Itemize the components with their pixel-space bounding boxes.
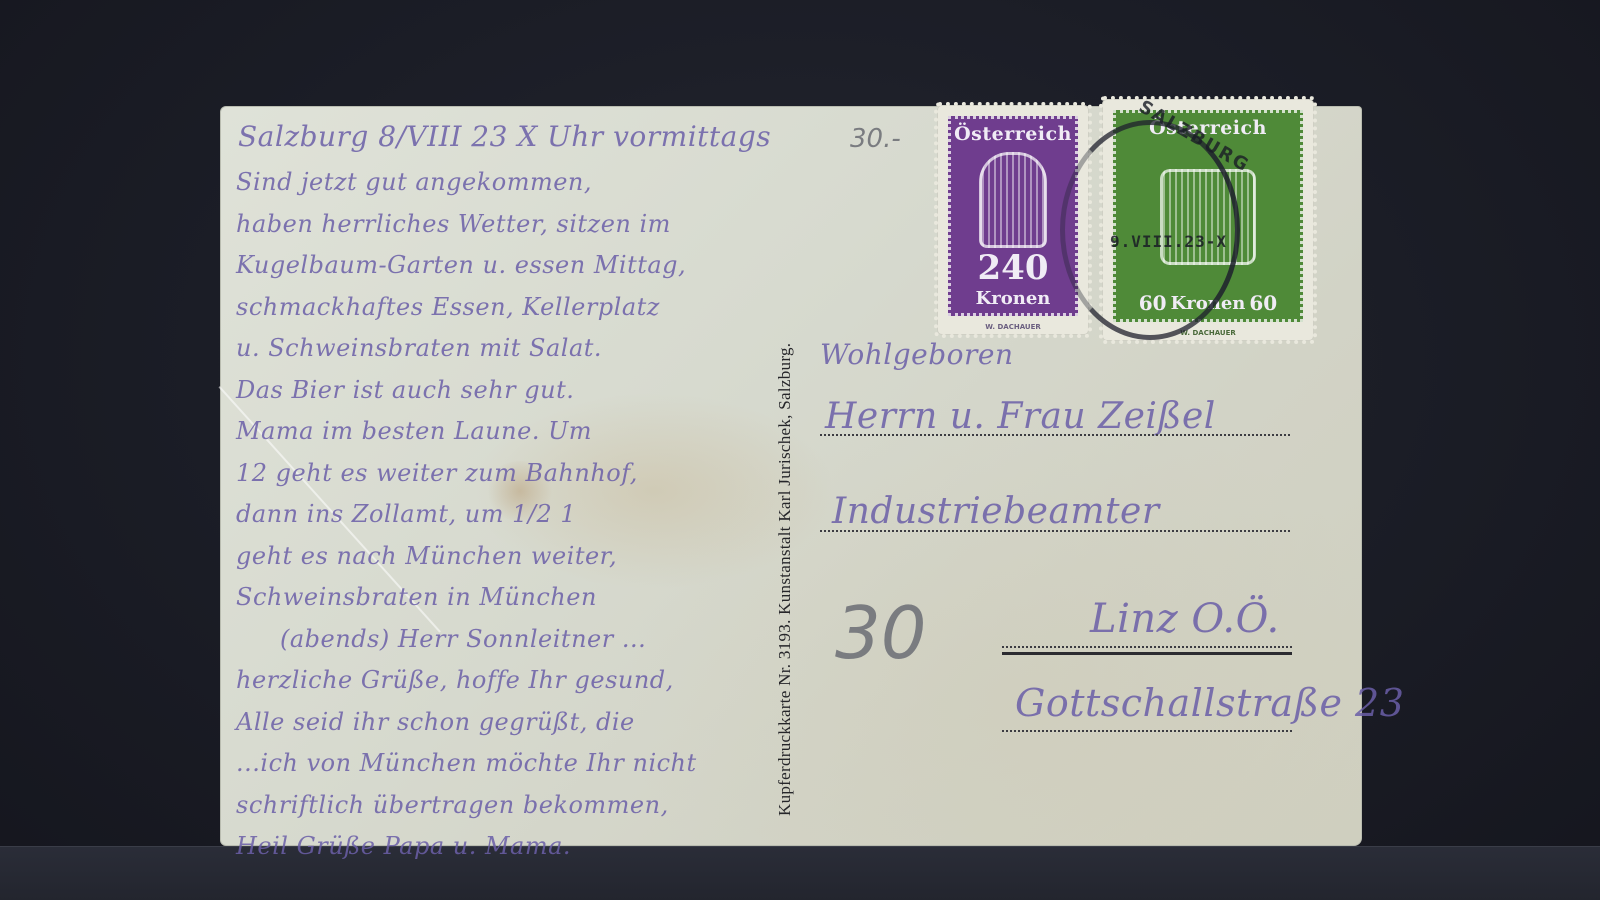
message-line: geht es nach München weiter, [236, 542, 617, 570]
stamp-currency: Kronen [976, 288, 1051, 309]
message-line: (abends) Herr Sonnleitner ... [280, 625, 646, 653]
message-line: Kugelbaum-Garten u. essen Mittag, [236, 251, 686, 279]
address-rule-1 [820, 434, 1290, 436]
address-rule-2 [820, 530, 1290, 532]
message-dateline: Salzburg 8/VIII 23 X Uhr vormittags [238, 120, 771, 153]
message-line: 12 geht es weiter zum Bahnhof, [236, 459, 638, 487]
stamp-value: 240 [978, 251, 1049, 285]
city-underline [1002, 652, 1292, 655]
message-line: Sind jetzt gut angekommen, [236, 168, 592, 196]
message-line: Heil Grüße Papa u. Mama. [236, 832, 571, 860]
printer-imprint: Kupferdruckkarte Nr. 3193. Kunstanstalt … [775, 343, 795, 816]
address-rule-3 [1002, 646, 1292, 648]
address-city: Linz O.Ö. [1090, 596, 1280, 642]
stamp-designer: W. DACHAUER [938, 323, 1088, 331]
address-street: Gottschallstraße 23 [1015, 681, 1404, 725]
message-line: Alle seid ihr schon gegrüßt, die [236, 708, 635, 736]
message-line: Schweinsbraten in München [236, 583, 597, 611]
address-rule-4 [1002, 730, 1292, 732]
message-line: Mama im besten Laune. Um [236, 417, 592, 445]
message-line: schmackhaftes Essen, Kellerplatz [236, 293, 660, 321]
address-line-2: Industriebeamter [832, 491, 1160, 532]
message-line: schriftlich übertragen bekommen, [236, 791, 669, 819]
message-line: Das Bier ist auch sehr gut. [236, 376, 574, 404]
message-line: u. Schweinsbraten mit Salat. [236, 334, 602, 362]
message-line: dann ins Zollamt, um 1/2 1 [236, 500, 576, 528]
pencil-note-large: 30 [835, 591, 927, 675]
stamp-value-right: 60 [1249, 291, 1277, 315]
message-line: haben herrliches Wetter, sitzen im [236, 210, 671, 238]
message-line: ...ich von München möchte Ihr nicht [236, 749, 697, 777]
address-line-1: Herrn u. Frau Zeißel [825, 396, 1216, 437]
wheat-sheaf-icon [979, 152, 1047, 248]
message-line: herzliche Grüße, hoffe Ihr gesund, [236, 666, 674, 694]
stamp-country-label: Österreich [954, 123, 1072, 145]
address-salutation: Wohlgeboren [820, 338, 1014, 371]
pencil-note-top: 30.- [850, 124, 901, 154]
postmark-date: 9.VIII.23-X [1110, 232, 1227, 251]
